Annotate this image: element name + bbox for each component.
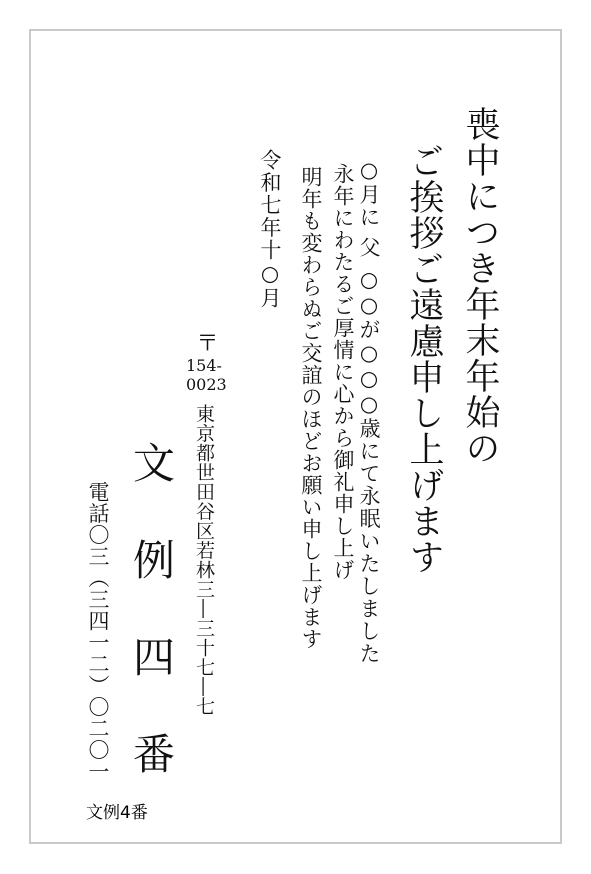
date-line: 令和七年十○月	[259, 149, 280, 310]
sender-address: 東京都世田谷区若林三―三十七―七	[194, 404, 213, 716]
sender-name: 文例四番	[130, 441, 172, 829]
title-line-1: 喪中につき年末年始の	[462, 106, 497, 466]
body-line-3: 明年も変わらぬご交誼のほどお願い申し上げます	[300, 166, 321, 650]
title-line-2: ご挨拶ご遠慮申し上げます	[406, 143, 441, 575]
sender-phone: 電話〇三（三四一二）〇二〇一	[87, 481, 108, 782]
mourning-postcard: 喪中につき年末年始の ご挨拶ご遠慮申し上げます ○月に 父 ○○が○○○歳にて永…	[0, 0, 591, 874]
body-line-2: 永年にわたるご厚情に心から御礼申し上げ	[332, 163, 353, 581]
postal-mark-symbol: 〒	[194, 331, 216, 353]
template-number-label: 文例4番	[86, 798, 148, 823]
body-line-1: ○月に 父 ○○が○○○歳にて永眠いたしました	[358, 158, 379, 665]
postal-code: 154-0023	[186, 356, 234, 394]
